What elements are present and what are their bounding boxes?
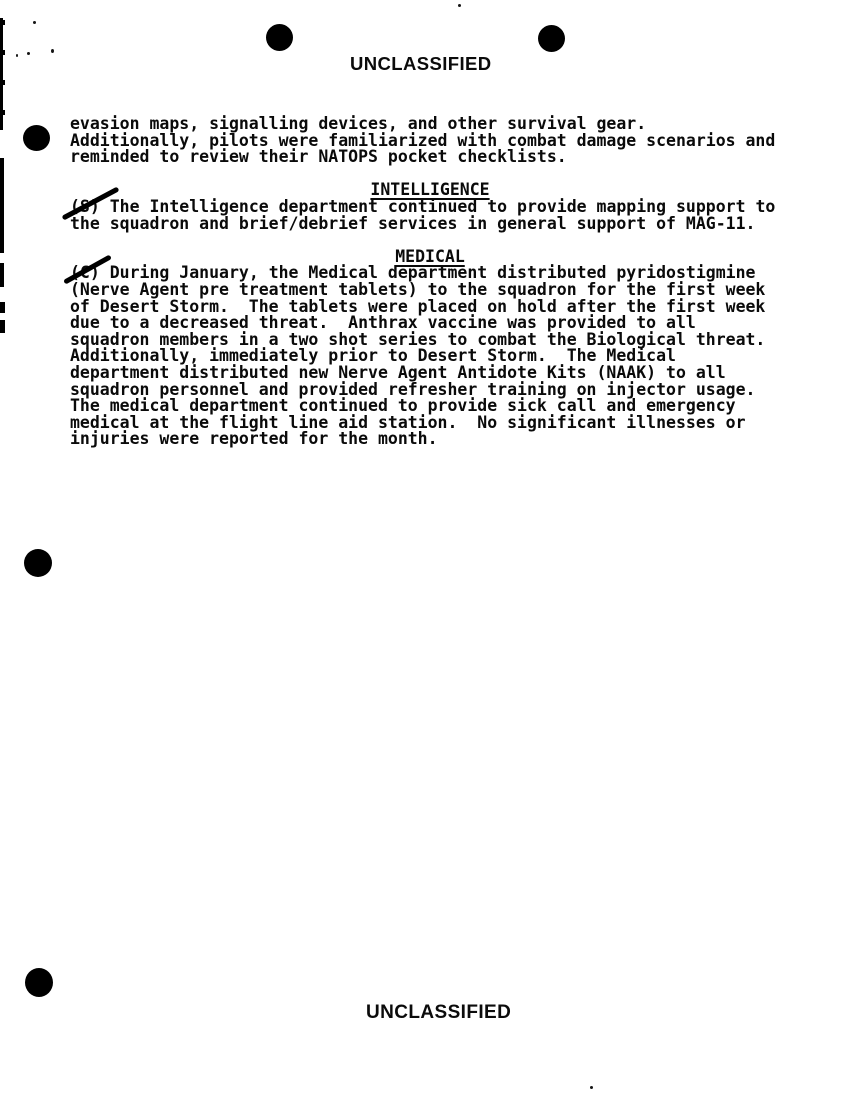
binder-mark — [0, 158, 4, 253]
binder-mark — [0, 263, 4, 287]
text-line: the squadron and brief/debrief services … — [70, 216, 790, 233]
hole-punch-left-middle — [24, 549, 52, 577]
toner-speck — [590, 1086, 593, 1089]
hole-punch-top-right — [538, 25, 565, 52]
binder-mark — [0, 302, 5, 313]
hole-punch-left-bottom — [25, 968, 53, 997]
hole-punch-left-upper — [23, 125, 50, 151]
text-line: injuries were reported for the month. — [70, 431, 790, 448]
binder-tick — [0, 110, 5, 115]
binder-mark — [0, 320, 5, 333]
binder-tick — [0, 50, 5, 55]
toner-speck — [51, 49, 54, 53]
document-page: UNCLASSIFIED evasion maps, signalling de… — [0, 0, 850, 1103]
toner-speck — [16, 54, 18, 57]
toner-speck — [27, 52, 30, 55]
binder-tick — [0, 80, 5, 85]
classification-header: UNCLASSIFIED — [350, 55, 492, 74]
text-line: reminded to review their NATOPS pocket c… — [70, 149, 790, 166]
document-body: evasion maps, signalling devices, and ot… — [70, 116, 790, 448]
text-line: department distributed new Nerve Agent A… — [70, 365, 790, 382]
toner-speck — [33, 21, 36, 24]
classification-footer: UNCLASSIFIED — [366, 1003, 511, 1022]
hole-punch-top-left — [266, 24, 293, 51]
binder-tick — [0, 20, 5, 25]
toner-speck — [458, 4, 461, 7]
